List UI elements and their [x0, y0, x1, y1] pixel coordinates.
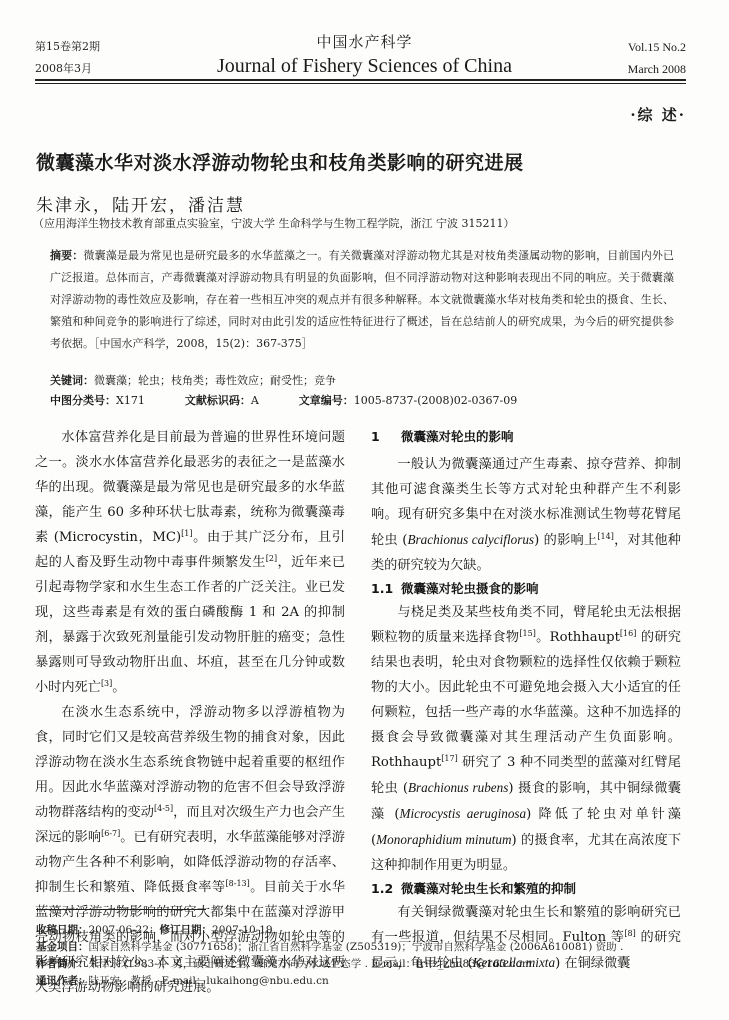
text-run: 在淡水生态系统中，浮游动物多以浮游植物为食，同时它们又是较高营养级生物的捕食对象… — [35, 705, 345, 820]
clc-code: 中图分类号：X171 — [50, 392, 145, 408]
corresponding-label: 通讯作者： — [36, 975, 89, 987]
species-name: Brachionus rubens — [408, 780, 508, 795]
section-number: 1.2 — [371, 878, 401, 900]
section-1-heading: 1微囊藻对轮虫的影响 — [371, 426, 681, 448]
clc-label: 中图分类号： — [50, 394, 116, 407]
journal-name: 中国水产科学 Journal of Fishery Sciences of Ch… — [0, 31, 729, 79]
abstract-label: 摘要： — [50, 249, 83, 262]
citation: [17] — [441, 754, 457, 763]
article-number-value: 1005-8737-(2008)02-0367-09 — [354, 394, 517, 407]
citation: [2] — [266, 554, 277, 563]
author-bio-label: 作者简介： — [36, 958, 89, 970]
funding-label: 基金项目： — [36, 941, 89, 953]
abstract-text: 微囊藻是最为常见也是研究最多的水华蓝藻之一。有关微囊藻对浮游动物尤其是对枝角类溞… — [50, 249, 674, 350]
keywords: 关键词：微囊藻；轮虫；枝角类；毒性效应；耐受性；竞争 — [50, 372, 336, 388]
footnote-corresponding-author: 通讯作者：陆开宏，教授 . E-mail：lukaihong@nbu.edu.c… — [36, 973, 329, 989]
footnote-dates: 收稿日期：2007-06-22；修订日期：2007-10-19. — [36, 922, 276, 938]
date-en: March 2008 — [628, 58, 686, 80]
received-date: 2007-06-22； — [89, 924, 160, 936]
footnote-author-bio: 作者简介：朱津永 (1983-)，男，硕士研究生，研究方向为水域生态学 . E-… — [36, 956, 532, 972]
keywords-text: 微囊藻；轮虫；枝角类；毒性效应；耐受性；竞争 — [94, 374, 336, 387]
citation: [4-5] — [154, 804, 173, 813]
body-column-right: 1微囊藻对轮虫的影响 一般认为微囊藻通过产生毒素、掠夺营养、抑制其他可滤食藻类生… — [371, 426, 681, 976]
journal-name-cn: 中国水产科学 — [0, 31, 729, 53]
article-title: 微囊藻水华对淡水浮游动物轮虫和枝角类影响的研究进展 — [36, 148, 524, 175]
text-run: 。 — [112, 680, 125, 695]
text-run: 的研究结果也表明，轮虫对食物颗粒的选择性仅依赖于颗粒物的大小。因此轮虫不可避免地… — [371, 630, 681, 770]
section-title: 微囊藻对轮虫生长和繁殖的抑制 — [401, 881, 576, 896]
citation: [15] — [519, 629, 535, 638]
text-run: 。Rothhaupt — [536, 630, 620, 645]
journal-name-en: Journal of Fishery Sciences of China — [0, 53, 729, 79]
text-run: ) 在铜绿微囊 — [555, 956, 630, 971]
header-rule-thin — [35, 83, 686, 84]
section-tag: ·综 述· — [630, 104, 686, 125]
clc-value: X171 — [116, 394, 145, 407]
section-1-1-heading: 1.1微囊藻对轮虫摄食的影响 — [371, 578, 681, 600]
header-rule-thick — [35, 79, 686, 81]
intro-paragraph-2: 在淡水生态系统中，浮游动物多以浮游植物为食，同时它们又是较高营养级生物的捕食对象… — [35, 700, 345, 1000]
received-label: 收稿日期： — [36, 924, 89, 936]
section-title: 微囊藻对轮虫的影响 — [401, 429, 514, 444]
corresponding-text: 陆开宏，教授 . E-mail：lukaihong@nbu.edu.cn — [89, 975, 329, 987]
issue-info-en: Vol.15 No.2 March 2008 — [628, 36, 686, 80]
author-bio-text: 朱津永 (1983-)，男，硕士研究生，研究方向为水域生态学 . E-mail：… — [89, 958, 532, 970]
footnote-divider — [36, 909, 206, 910]
citation: [1] — [181, 529, 192, 538]
article-authors: 朱津永，陆开宏，潘洁慧 — [36, 191, 245, 216]
section-1-2-heading: 1.2微囊藻对轮虫生长和繁殖的抑制 — [371, 878, 681, 900]
section-number: 1.1 — [371, 578, 401, 600]
section-1-1-paragraph: 与桡足类及某些枝角类不同，臂尾轮虫无法根据颗粒物的质量来选择食物[15]。Rot… — [371, 600, 681, 878]
citation: [8-13] — [226, 879, 250, 888]
keywords-label: 关键词： — [50, 374, 94, 387]
text-run: ，近年来已引起毒物学家和水生生态工作者的广泛关注。业已发现，这些毒素是有效的蛋白… — [35, 555, 345, 695]
funding-text: 国家自然科学基金 (30771658)；浙江省自然科学基金 (Z505319)；… — [89, 941, 624, 953]
citation: [16] — [620, 629, 636, 638]
text-run: 与桡足类及某些枝角类不同，臂尾轮虫无法根据颗粒物的质量来选择食物 — [371, 605, 681, 645]
revised-date: 2007-10-19. — [212, 924, 276, 936]
section-1-paragraph: 一般认为微囊藻通过产生毒素、掠夺营养、抑制其他可滤食藻类生长等方式对轮虫种群产生… — [371, 452, 681, 578]
revised-label: 修订日期： — [160, 924, 213, 936]
intro-paragraph-1: 水体富营养化是目前最为普遍的世界性环境问题之一。淡水水体富营养化最恶劣的表征之一… — [35, 425, 345, 700]
species-name: Monoraphidium minutum — [376, 832, 511, 847]
doc-code: 文献标识码：A — [185, 392, 259, 408]
text-run: 水体富营养化是目前最为普遍的世界性环境问题之一。淡水水体富营养化最恶劣的表征之一… — [35, 430, 345, 545]
citation: [3] — [101, 679, 112, 688]
species-name: Microcystis aeruginosa — [399, 806, 526, 821]
volume-en: Vol.15 No.2 — [628, 36, 686, 58]
citation: [14] — [597, 532, 613, 541]
footnote-funding: 基金项目：国家自然科学基金 (30771658)；浙江省自然科学基金 (Z505… — [36, 939, 623, 955]
species-name: Brachionus calyciflorus — [407, 532, 534, 547]
doc-code-label: 文献标识码： — [185, 394, 251, 407]
abstract: 摘要：微囊藻是最为常见也是研究最多的水华蓝藻之一。有关微囊藻对浮游动物尤其是对枝… — [50, 245, 674, 355]
section-number: 1 — [371, 426, 401, 448]
article-number-label: 文章编号： — [299, 394, 354, 407]
classification-line: 中图分类号：X171 文献标识码：A 文章编号：1005-8737-(2008)… — [50, 392, 517, 408]
author-affiliation: （应用海洋生物技术教育部重点实验室，宁波大学 生命科学与生物工程学院，浙江 宁波… — [33, 215, 514, 231]
text-run: ) 的影响上 — [534, 533, 597, 548]
journal-page: 第15卷第2期 2008年3月 中国水产科学 Journal of Fisher… — [0, 0, 729, 1020]
article-number: 文章编号：1005-8737-(2008)02-0367-09 — [299, 392, 517, 408]
citation: [6-7] — [101, 829, 120, 838]
body-column-left: 水体富营养化是目前最为普遍的世界性环境问题之一。淡水水体富营养化最恶劣的表征之一… — [35, 425, 345, 1000]
section-title: 微囊藻对轮虫摄食的影响 — [401, 581, 539, 596]
doc-code-value: A — [251, 394, 259, 407]
citation: [8] — [624, 929, 635, 938]
